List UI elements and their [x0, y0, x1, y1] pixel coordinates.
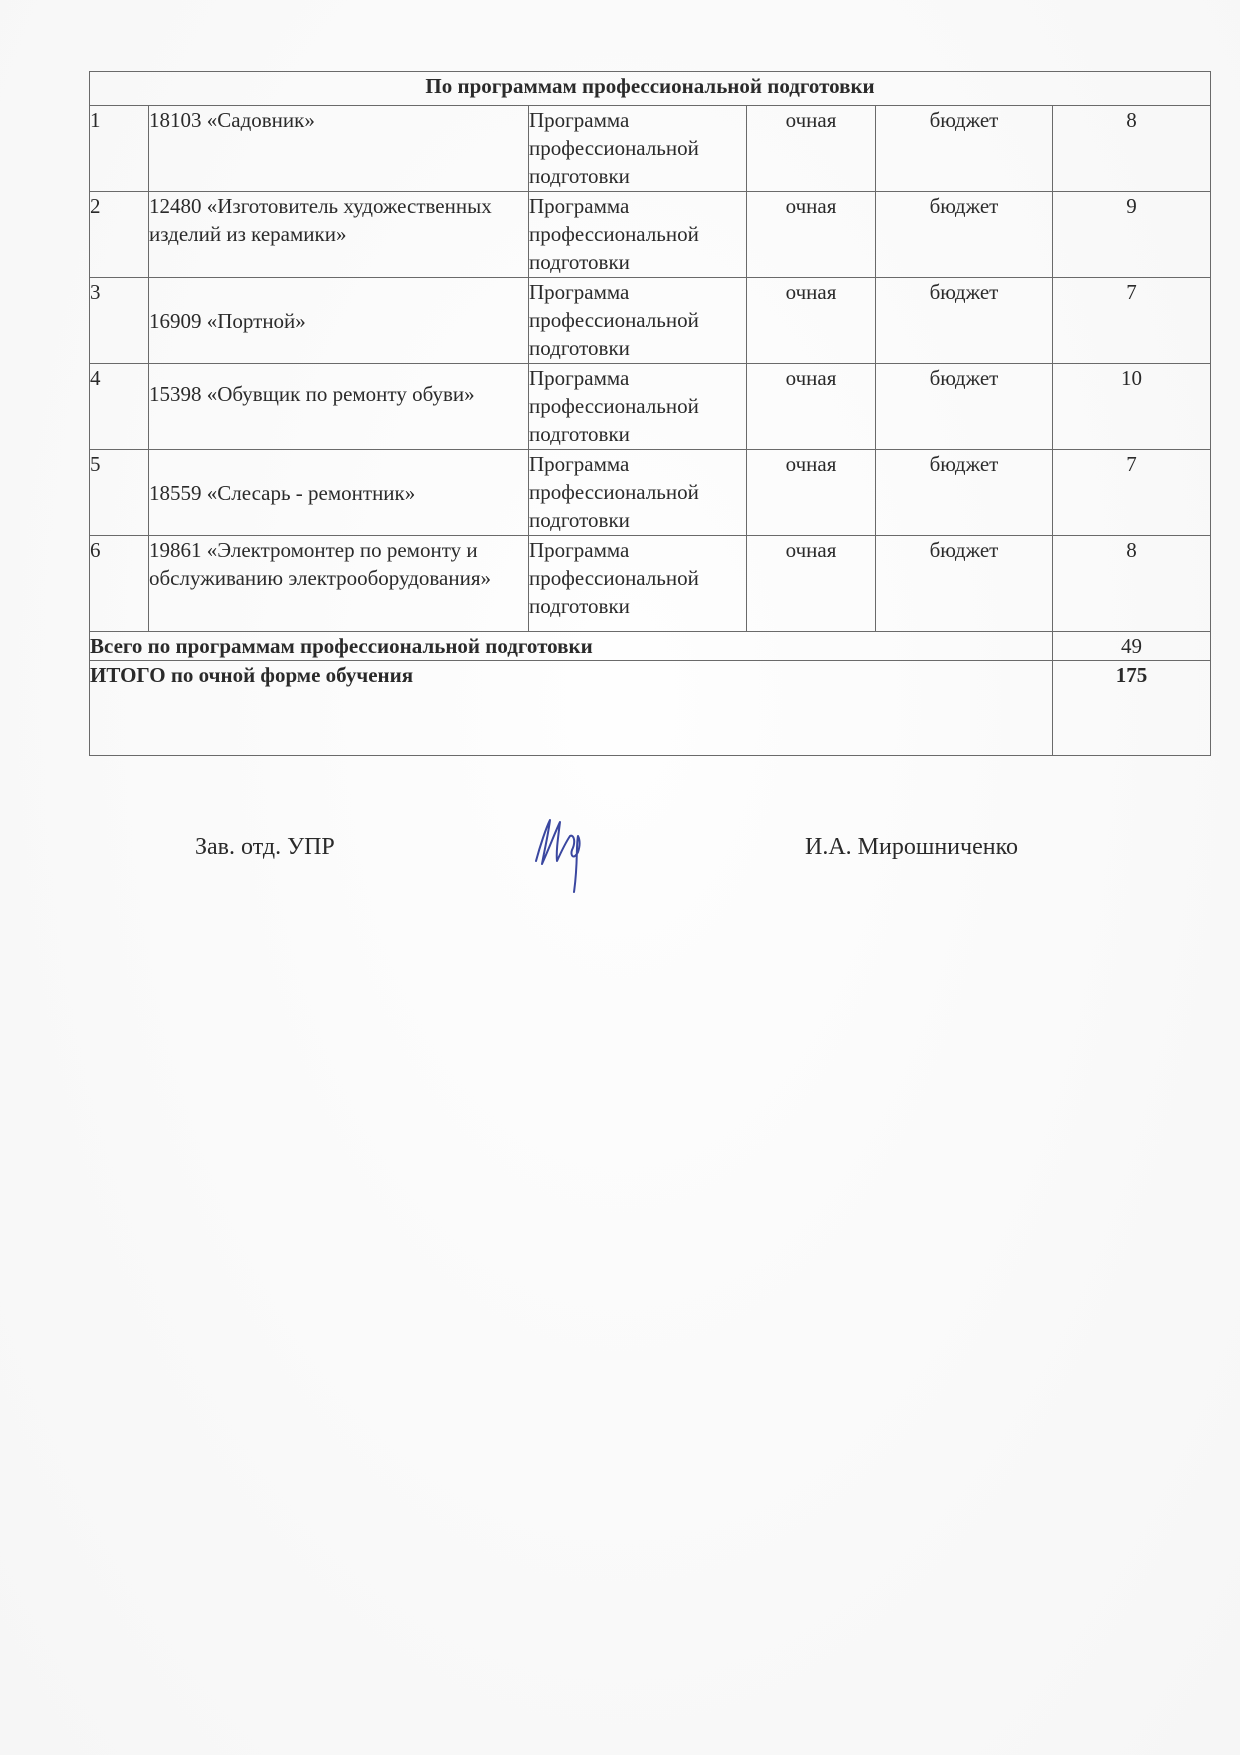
- table-row: 6 19861 «Электромонтер по ремонту и обсл…: [90, 536, 1211, 632]
- row-number: 2: [90, 192, 149, 278]
- enrollment-table: По программам профессиональной подготовк…: [89, 71, 1211, 756]
- program-type: Программа профессиональной подготовки: [529, 192, 747, 278]
- table-row: 3 16909 «Портной» Программа профессионал…: [90, 278, 1211, 364]
- program-type: Программа профессиональной подготовки: [529, 364, 747, 450]
- funding-source: бюджет: [876, 536, 1053, 632]
- funding-source: бюджет: [876, 106, 1053, 192]
- row-number: 3: [90, 278, 149, 364]
- handwritten-signature-icon: [530, 806, 610, 896]
- program-type: Программа профессиональной подготовки: [529, 278, 747, 364]
- grand-total-label: ИТОГО по очной форме обучения: [90, 661, 1053, 756]
- student-count: 7: [1053, 278, 1211, 364]
- row-number: 1: [90, 106, 149, 192]
- program-type: Программа профессиональной подготовки: [529, 106, 747, 192]
- table-row: 4 15398 «Обувщик по ремонту обуви» Прогр…: [90, 364, 1211, 450]
- study-form: очная: [747, 364, 876, 450]
- signatory-position: Зав. отд. УПР: [195, 834, 335, 861]
- study-form: очная: [747, 450, 876, 536]
- study-form: очная: [747, 278, 876, 364]
- student-count: 8: [1053, 106, 1211, 192]
- grand-total-row: ИТОГО по очной форме обучения 175: [90, 661, 1211, 756]
- profession-name: 16909 «Портной»: [149, 278, 529, 364]
- funding-source: бюджет: [876, 278, 1053, 364]
- table-row: 1 18103 «Садовник» Программа профессиона…: [90, 106, 1211, 192]
- grand-total-value: 175: [1053, 661, 1211, 756]
- row-number: 5: [90, 450, 149, 536]
- student-count: 8: [1053, 536, 1211, 632]
- program-type: Программа профессиональной подготовки: [529, 450, 747, 536]
- profession-name: 15398 «Обувщик по ремонту обуви»: [149, 364, 529, 450]
- subtotal-row: Всего по программам профессиональной под…: [90, 632, 1211, 661]
- profession-name: 12480 «Изготовитель художественных издел…: [149, 192, 529, 278]
- student-count: 7: [1053, 450, 1211, 536]
- funding-source: бюджет: [876, 450, 1053, 536]
- profession-name: 19861 «Электромонтер по ремонту и обслуж…: [149, 536, 529, 632]
- program-type: Программа профессиональной подготовки: [529, 536, 747, 632]
- study-form: очная: [747, 106, 876, 192]
- row-number: 6: [90, 536, 149, 632]
- funding-source: бюджет: [876, 364, 1053, 450]
- section-title: По программам профессиональной подготовк…: [90, 72, 1211, 106]
- student-count: 10: [1053, 364, 1211, 450]
- study-form: очная: [747, 536, 876, 632]
- subtotal-label: Всего по программам профессиональной под…: [90, 632, 1053, 661]
- funding-source: бюджет: [876, 192, 1053, 278]
- profession-name: 18103 «Садовник»: [149, 106, 529, 192]
- subtotal-value: 49: [1053, 632, 1211, 661]
- table-row: 5 18559 «Слесарь - ремонтник» Программа …: [90, 450, 1211, 536]
- signature-block: Зав. отд. УПР И.А. Мирошниченко: [0, 826, 1240, 886]
- study-form: очная: [747, 192, 876, 278]
- student-count: 9: [1053, 192, 1211, 278]
- signatory-name: И.А. Мирошниченко: [805, 834, 1018, 861]
- profession-name: 18559 «Слесарь - ремонтник»: [149, 450, 529, 536]
- row-number: 4: [90, 364, 149, 450]
- table-row: 2 12480 «Изготовитель художественных изд…: [90, 192, 1211, 278]
